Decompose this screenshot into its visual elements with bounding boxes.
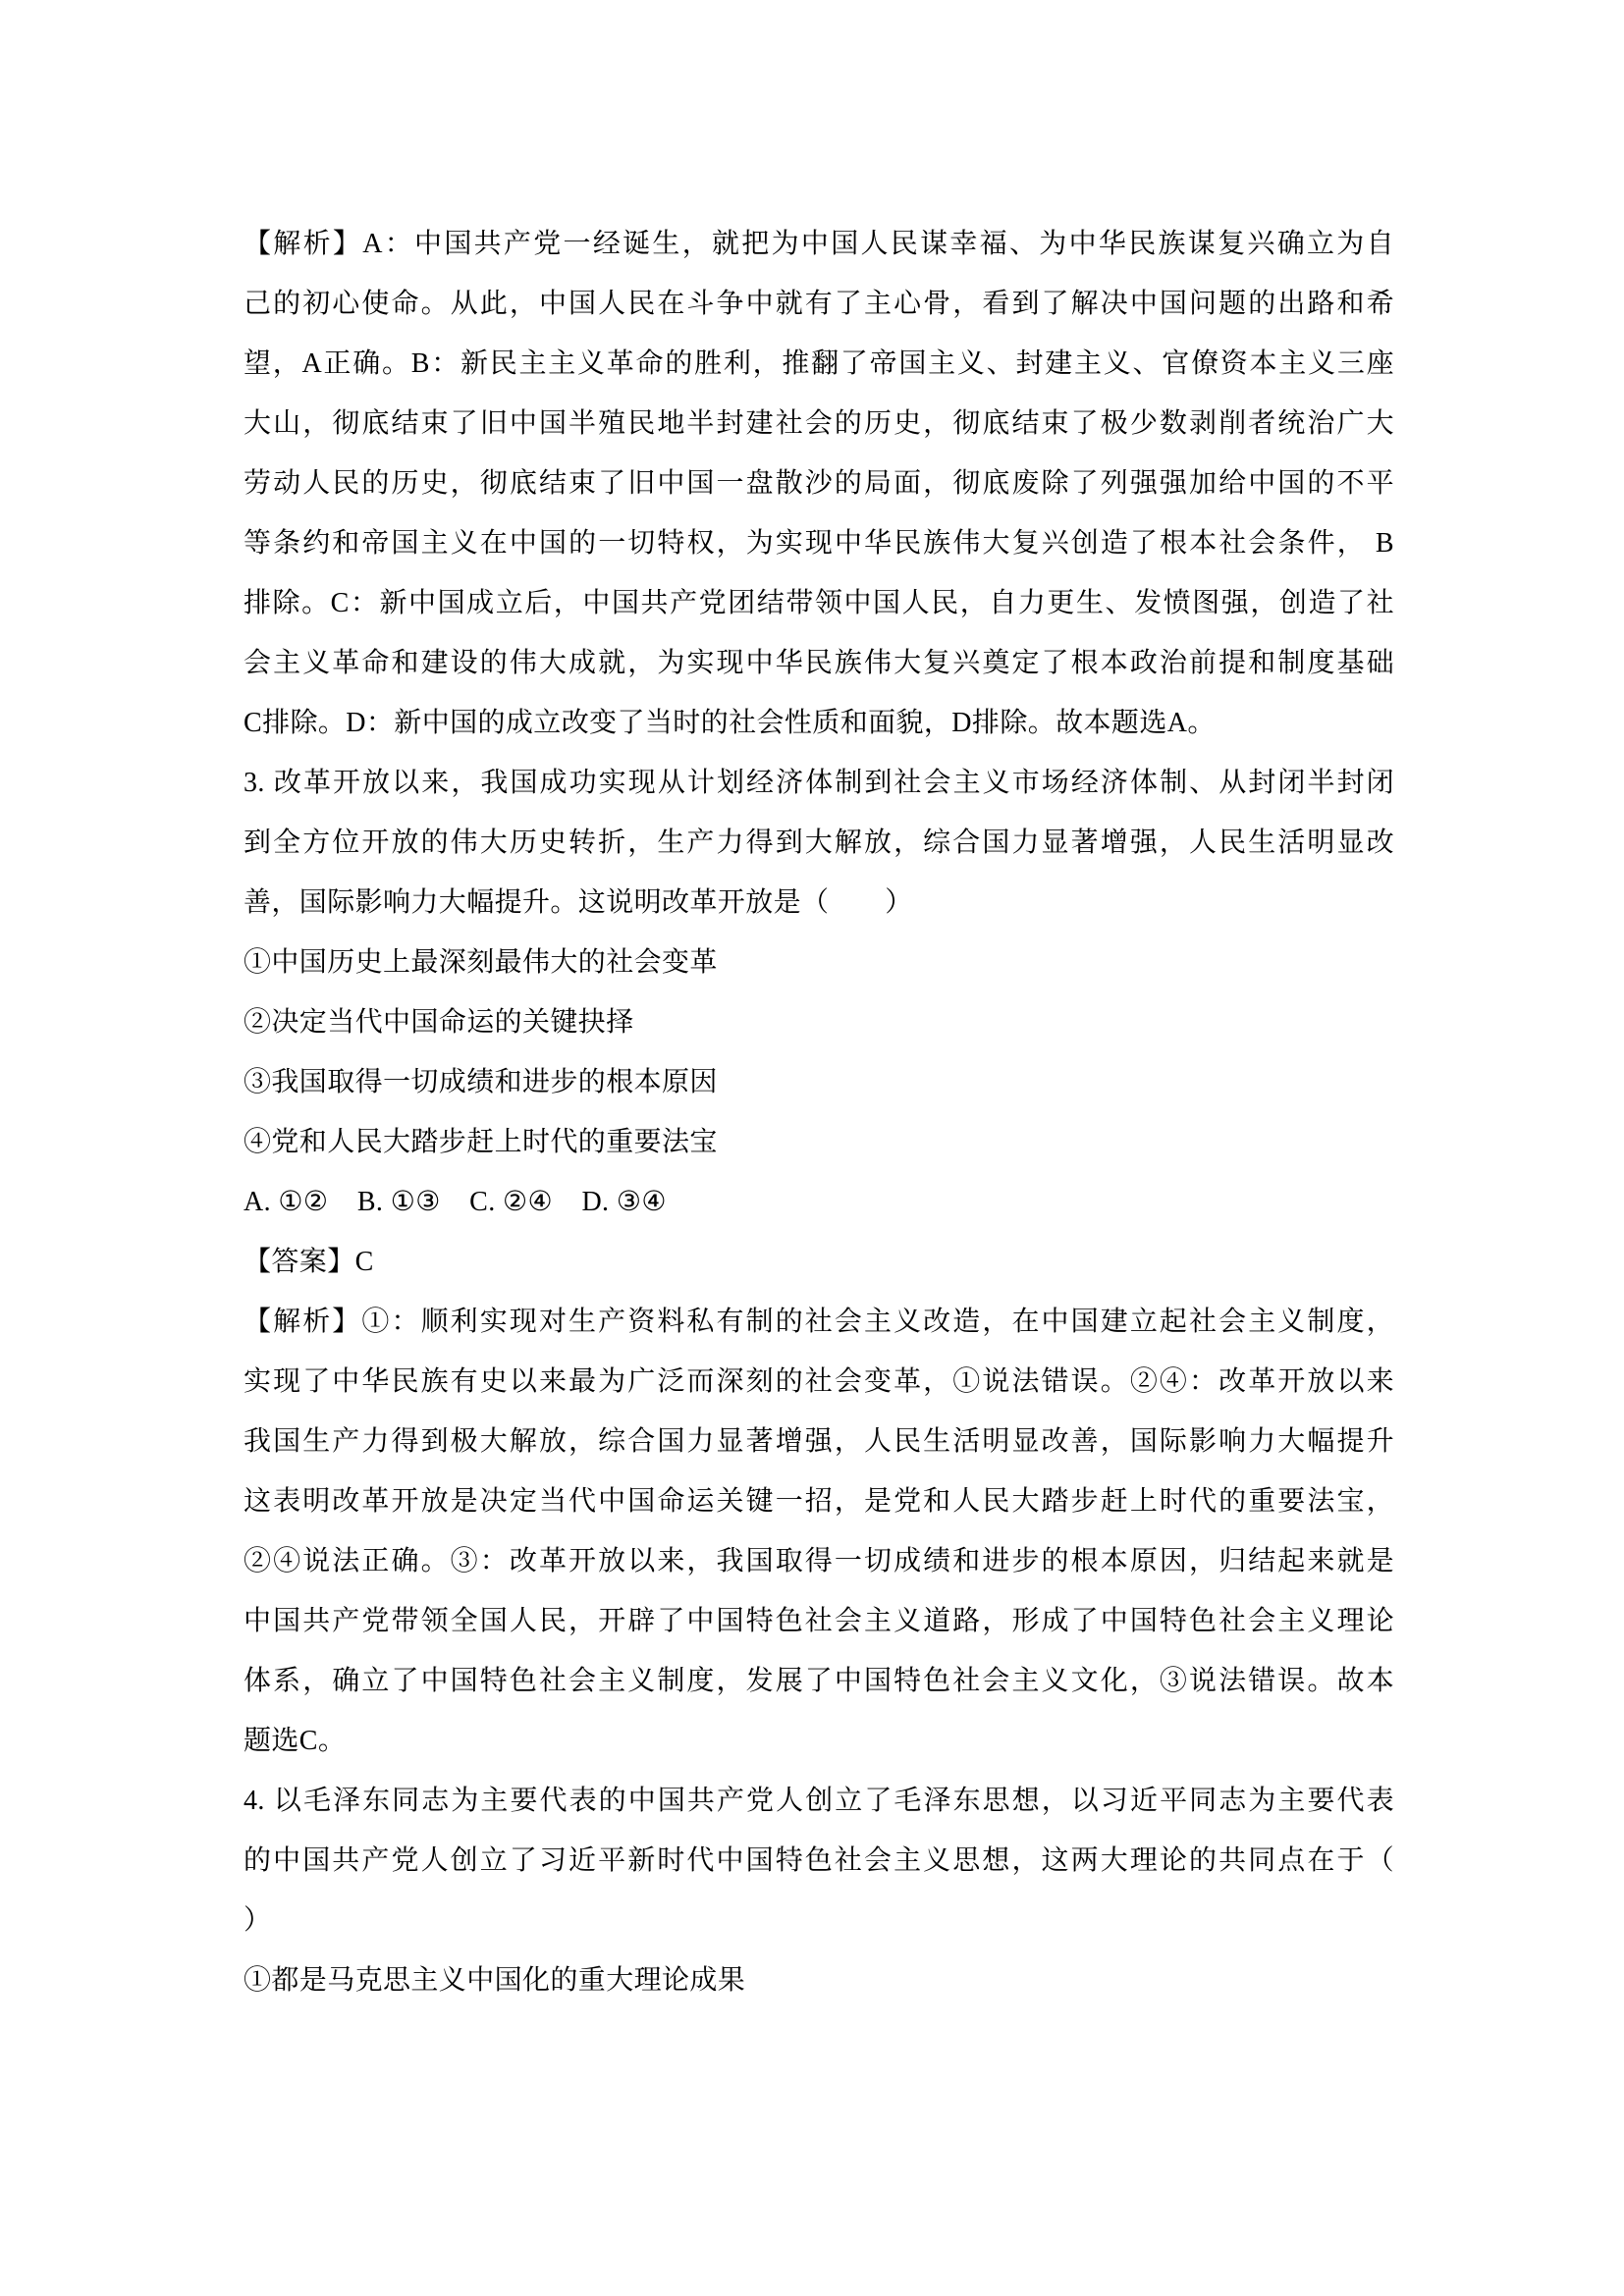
analysis-line: 【解析】①：顺利实现对生产资料私有制的社会主义改造，在中国建立起社会主义制度， [244,1292,1394,1352]
q2-analysis: 【解析】A：中国共产党一经诞生，就把为中国人民谋幸福、为中华民族谋复兴确立为自 … [244,214,1394,753]
question-stem-line: 到全方位开放的伟大历史转折，生产力得到大解放，综合国力显著增强，人民生活明显改 [244,813,1394,873]
document-page: 【解析】A：中国共产党一经诞生，就把为中国人民谋幸福、为中华民族谋复兴确立为自 … [244,214,1394,2010]
analysis-line: 劳动人民的历史，彻底结束了旧中国一盘散沙的局面，彻底废除了列强强加给中国的不平 [244,454,1394,513]
question-stem-line: ） [244,1891,1394,1950]
analysis-line: 己的初心使命。从此，中国人民在斗争中就有了主心骨，看到了解决中国问题的出路和希 [244,274,1394,334]
analysis-line: 中国共产党带领全国人民，开辟了中国特色社会主义道路，形成了中国特色社会主义理论 [244,1591,1394,1651]
analysis-line: ②④说法正确。③：改革开放以来，我国取得一切成绩和进步的根本原因，归结起来就是 [244,1531,1394,1591]
statement-1: ①中国历史上最深刻最伟大的社会变革 [244,933,1394,992]
analysis-line: 体系，确立了中国特色社会主义制度，发展了中国特色社会主义文化，③说法错误。故本 [244,1651,1394,1711]
analysis-line: 会主义革命和建设的伟大成就，为实现中华民族伟大复兴奠定了根本政治前提和制度基础 [244,633,1394,693]
statement-3: ③我国取得一切成绩和进步的根本原因 [244,1052,1394,1112]
statement-2: ②决定当代中国命运的关键抉择 [244,992,1394,1052]
analysis-line: C排除。D：新中国的成立改变了当时的社会性质和面貌，D排除。故本题选A。 [244,693,1394,753]
answer-options: A. ①② B. ①③ C. ②④ D. ③④ [244,1172,1394,1232]
analysis-line: 排除。C：新中国成立后，中国共产党团结带领中国人民，自力更生、发愤图强，创造了社 [244,573,1394,633]
option-c: C. ②④ [469,1187,553,1217]
option-d: D. ③④ [581,1187,666,1217]
analysis-line: 我国生产力得到极大解放，综合国力显著增强，人民生活明显改善，国际影响力大幅提升 [244,1412,1394,1471]
statement-4: ④党和人民大踏步赶上时代的重要法宝 [244,1112,1394,1172]
analysis-line: 题选C。 [244,1711,1394,1771]
question-3: 3. 改革开放以来，我国成功实现从计划经济体制到社会主义市场经济体制、从封闭半封… [244,753,1394,1771]
analysis-line: 实现了中华民族有史以来最为广泛而深刻的社会变革，①说法错误。②④：改革开放以来 [244,1352,1394,1412]
question-stem-line: 善，国际影响力大幅提升。这说明改革开放是（ ） [244,873,1394,933]
analysis-line: 望，A正确。B：新民主主义革命的胜利，推翻了帝国主义、封建主义、官僚资本主义三座 [244,334,1394,394]
answer-label: 【答案】C [244,1232,1394,1292]
question-stem-line: 的中国共产党人创立了习近平新时代中国特色社会主义思想，这两大理论的共同点在于（ [244,1831,1394,1891]
analysis-line: 这表明改革开放是决定当代中国命运关键一招，是党和人民大踏步赶上时代的重要法宝， [244,1471,1394,1531]
option-a: A. ①② [244,1187,328,1217]
analysis-line: 大山，彻底结束了旧中国半殖民地半封建社会的历史，彻底结束了极少数剥削者统治广大 [244,394,1394,454]
statement-1: ①都是马克思主义中国化的重大理论成果 [244,1950,1394,2010]
question-stem-line: 4. 以毛泽东同志为主要代表的中国共产党人创立了毛泽东思想，以习近平同志为主要代… [244,1771,1394,1831]
analysis-line: 等条约和帝国主义在中国的一切特权，为实现中华民族伟大复兴创造了根本社会条件， B [244,513,1394,573]
question-stem-line: 3. 改革开放以来，我国成功实现从计划经济体制到社会主义市场经济体制、从封闭半封… [244,753,1394,813]
analysis-line: 【解析】A：中国共产党一经诞生，就把为中国人民谋幸福、为中华民族谋复兴确立为自 [244,214,1394,274]
question-4: 4. 以毛泽东同志为主要代表的中国共产党人创立了毛泽东思想，以习近平同志为主要代… [244,1771,1394,2010]
option-b: B. ①③ [357,1187,441,1217]
